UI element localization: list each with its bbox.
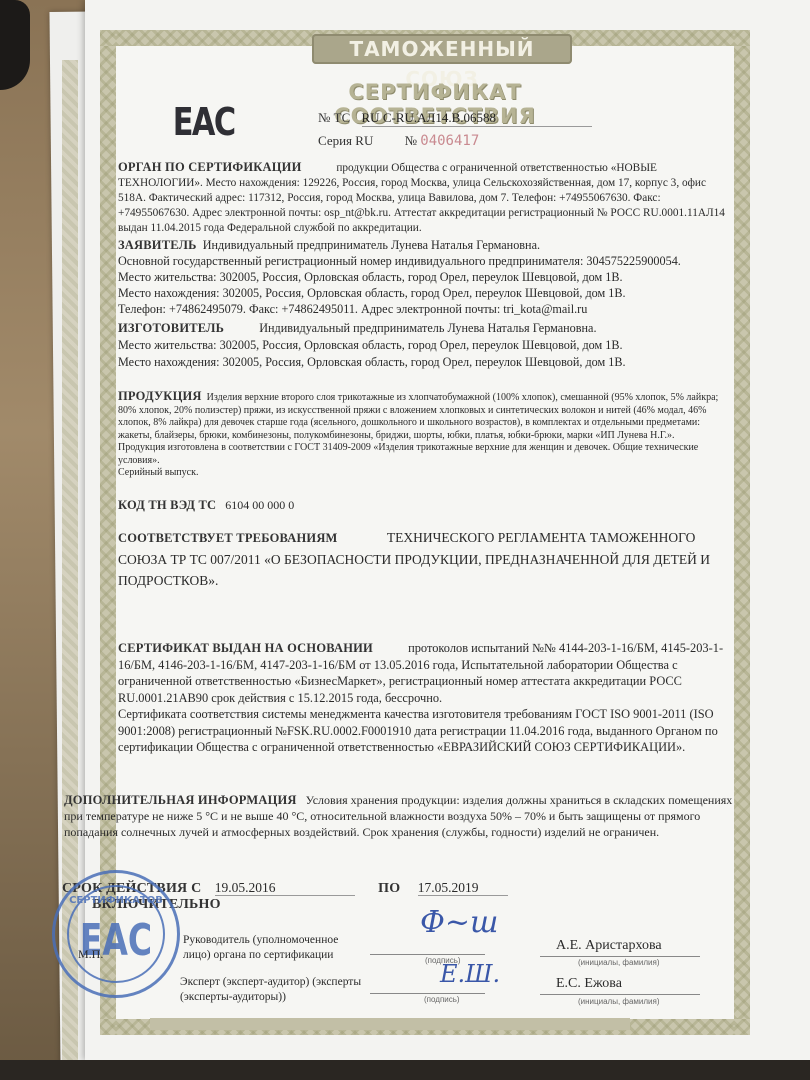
applicant-name: Индивидуальный предприниматель Лунева На… — [203, 238, 540, 252]
applicant-residence: Место жительства: 302005, Россия, Орловс… — [118, 270, 623, 284]
validity-from-date: 19.05.2016 — [215, 880, 355, 896]
product-text: Изделия верхние второго слоя трикотажные… — [118, 392, 718, 441]
validity-to-label: ПО — [378, 881, 400, 896]
series-no-label: № — [405, 133, 417, 148]
certification-body-label: ОРГАН ПО СЕРТИФИКАЦИИ — [118, 160, 302, 174]
expert-name-line — [540, 994, 700, 995]
applicant-contacts: Телефон: +74862495079. Факс: +7486249501… — [118, 302, 587, 316]
head-name-line — [540, 956, 700, 957]
manufacturer-label: ИЗГОТОВИТЕЛЬ — [118, 321, 224, 335]
head-signature-line — [370, 954, 485, 955]
desk-edge-shadow — [0, 1060, 810, 1080]
basis-section: СЕРТИФИКАТ ВЫДАН НА ОСНОВАНИИ протоколов… — [118, 640, 730, 756]
product-release: Серийный выпуск. — [118, 467, 198, 478]
manufacturer-residence: Место жительства: 302005, Россия, Орловс… — [118, 338, 623, 352]
basis-label: СЕРТИФИКАТ ВЫДАН НА ОСНОВАНИИ — [118, 641, 373, 655]
mp-label: М.П. — [78, 947, 118, 962]
applicant-section: ЗАЯВИТЕЛЬ Индивидуальный предприниматель… — [118, 237, 730, 317]
series-label: Серия RU — [318, 133, 373, 148]
expert-name-caption: (инициалы, фамилия) — [578, 997, 660, 1006]
tn-ved-section: КОД ТН ВЭД ТС 6104 00 000 0 — [118, 498, 730, 513]
expert-signature: Е.Ш. — [440, 960, 500, 988]
expert-label: Эксперт (эксперт-аудитор) (эксперты (экс… — [180, 975, 380, 1005]
series-row: Серия RU № 0406417 — [318, 133, 479, 149]
certification-body-section: ОРГАН ПО СЕРТИФИКАЦИИ продукции Общества… — [118, 160, 730, 236]
manufacturer-location: Место нахождения: 302005, Россия, Орловс… — [118, 355, 626, 369]
certification-stamp: СЕРТИФИКАТОВ EAC — [52, 870, 180, 998]
tn-ved-code: 6104 00 000 0 — [225, 498, 294, 512]
manufacturer-section: ИЗГОТОВИТЕЛЬ Индивидуальный предпринимат… — [118, 320, 730, 371]
product-standard: Продукция изготовлена в соответствии с Г… — [118, 442, 698, 466]
tc-label: № ТС — [318, 110, 350, 125]
basis-qms-certificate: Сертификата соответствия системы менеджм… — [118, 707, 718, 754]
stamp-text: СЕРТИФИКАТОВ — [55, 895, 177, 906]
applicant-location: Место нахождения: 302005, Россия, Орловс… — [118, 286, 626, 300]
tc-number: RU С-RU.АЛ14.В.06588 — [362, 110, 592, 127]
product-section: ПРОДУКЦИЯ Изделия верхние второго слоя т… — [118, 390, 730, 480]
applicant-label: ЗАЯВИТЕЛЬ — [118, 238, 197, 252]
eac-logo-icon: EAC — [173, 100, 235, 144]
manufacturer-name: Индивидуальный предприниматель Лунева На… — [259, 321, 596, 335]
tc-number-row: № ТС RU С-RU.АЛ14.В.06588 — [318, 110, 592, 127]
series-number: 0406417 — [420, 133, 479, 149]
additional-info-label: ДОПОЛНИТЕЛЬНАЯ ИНФОРМАЦИЯ — [64, 793, 297, 807]
tn-ved-label: КОД ТН ВЭД ТС — [118, 498, 216, 512]
additional-info-section: ДОПОЛНИТЕЛЬНАЯ ИНФОРМАЦИЯ Условия хранен… — [64, 792, 734, 840]
product-label: ПРОДУКЦИЯ — [118, 389, 202, 403]
compliance-section: СООТВЕТСТВУЕТ ТРЕБОВАНИЯМ ТЕХНИЧЕСКОГО Р… — [118, 527, 730, 591]
head-name: А.Е. Аристархова — [556, 938, 726, 953]
expert-name: Е.С. Ежова — [556, 976, 726, 991]
applicant-ogrn: Основной государственный регистрационный… — [118, 254, 681, 268]
expert-signature-line — [370, 993, 485, 994]
customs-union-banner: ТАМОЖЕННЫЙ СОЮЗ — [312, 34, 572, 64]
head-name-caption: (инициалы, фамилия) — [578, 958, 660, 967]
compliance-label: СООТВЕТСТВУЕТ ТРЕБОВАНИЯМ — [118, 531, 338, 545]
head-signature: Ф~ш — [420, 905, 498, 940]
head-label: Руководитель (уполномоченное лицо) орган… — [183, 933, 363, 963]
expert-signature-caption: (подпись) — [424, 995, 460, 1004]
validity-to-date: 17.05.2019 — [418, 880, 508, 896]
printer-footer-strip — [150, 1018, 630, 1030]
